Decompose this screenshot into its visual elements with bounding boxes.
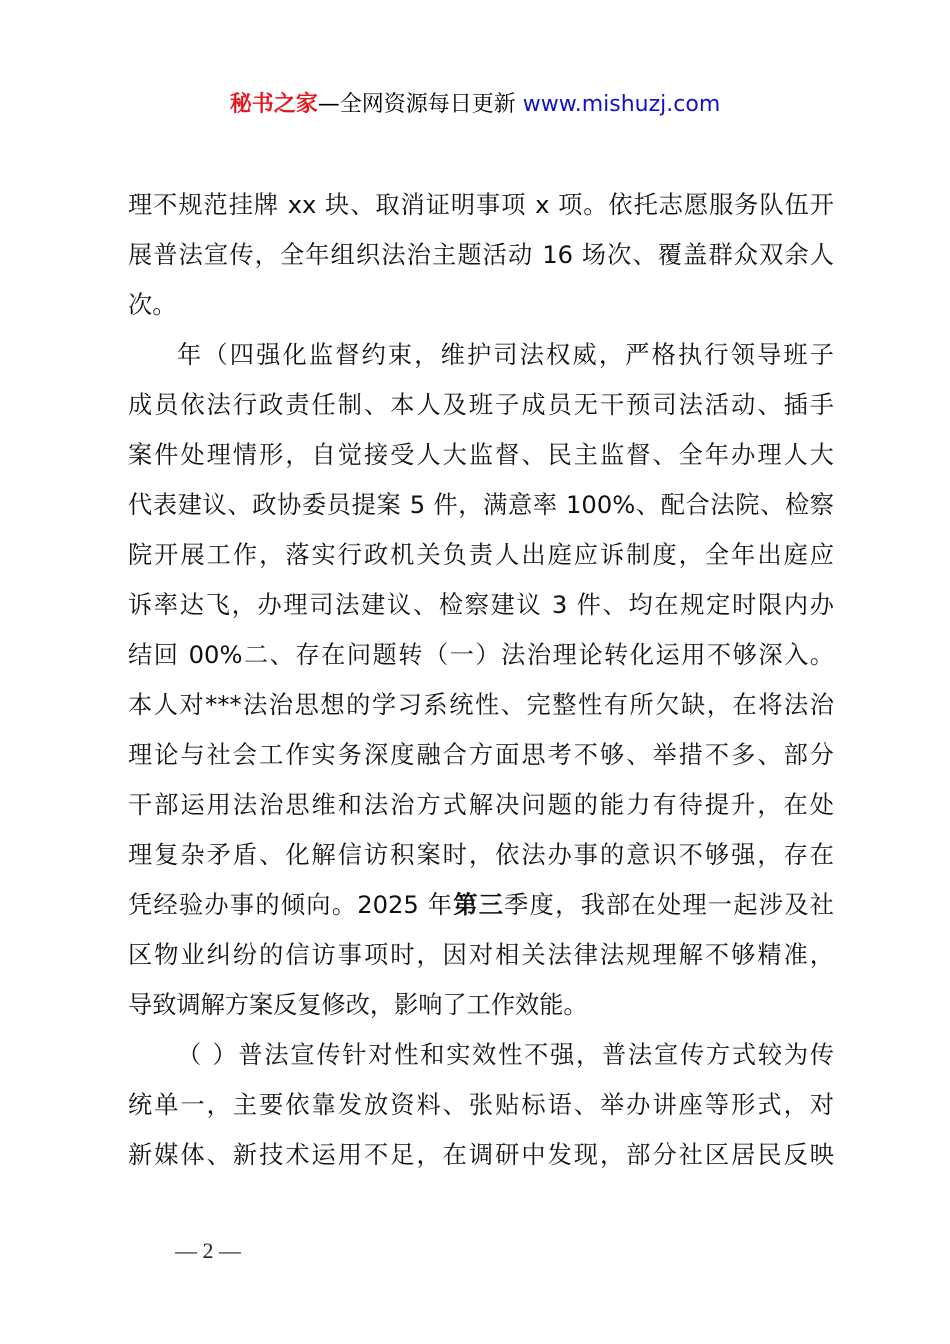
document-body: 理不规范挂牌 xx 块、取消证明事项 x 项。依托志愿服务队伍开 展普法宣传，全…: [128, 180, 834, 1180]
paragraph: 年（四强化监督约束，维护司法权威，严格执行领导班子 成员依法行政责任制、本人及班…: [128, 330, 834, 1030]
text-line: 本人对***法治思想的学习系统性、完整性有所欠缺，在将法治: [128, 680, 834, 730]
text-line: 理不规范挂牌 xx 块、取消证明事项 x 项。依托志愿服务队伍开: [128, 180, 834, 230]
paragraph: 理不规范挂牌 xx 块、取消证明事项 x 项。依托志愿服务队伍开 展普法宣传，全…: [128, 180, 834, 330]
text-line: 成员依法行政责任制、本人及班子成员无干预司法活动、插手: [128, 380, 834, 430]
text-line: 结回 00%二、存在问题转（一）法治理论转化运用不够深入。: [128, 630, 834, 680]
text-line: 院开展工作，落实行政机关负责人出庭应诉制度，全年出庭应: [128, 530, 834, 580]
text-segment: 季度，我部在处理一起涉及社: [504, 891, 834, 919]
text-line: 代表建议、政协委员提案 5 件，满意率 100%、配合法院、检察: [128, 480, 834, 530]
text-line: 理复杂矛盾、化解信访积案时，依法办事的意识不够强，存在: [128, 830, 834, 880]
text-line: 理论与社会工作实务深度融合方面思考不够、举措不多、部分: [128, 730, 834, 780]
text-line: 年（四强化监督约束，维护司法权威，严格执行领导班子: [128, 330, 834, 380]
page-number: — 2 —: [175, 1238, 241, 1264]
paragraph: （ ）普法宣传针对性和实效性不强，普法宣传方式较为传 统单一，主要依靠发放资料、…: [128, 1030, 834, 1180]
text-line: 导致调解方案反复修改，影响了工作效能。: [128, 980, 834, 1030]
text-line: 凭经验办事的倾向。2025 年第三季度，我部在处理一起涉及社: [128, 880, 834, 930]
text-segment: 凭经验办事的倾向。2025 年: [128, 891, 453, 919]
page-header: 秘书之家—全网资源每日更新 www.mishuzj.com: [0, 88, 950, 122]
text-line: （ ）普法宣传针对性和实效性不强，普法宣传方式较为传: [128, 1030, 834, 1080]
bold-text: 第三: [453, 891, 504, 919]
text-line: 案件处理情形，自觉接受人大监督、民主监督、全年办理人大: [128, 430, 834, 480]
site-url-link[interactable]: www.mishuzj.com: [523, 92, 720, 117]
text-line: 统单一，主要依靠发放资料、张贴标语、举办讲座等形式，对: [128, 1080, 834, 1130]
text-line: 次。: [128, 280, 834, 330]
text-line: 诉率达飞，办理司法建议、检察建议 3 件、均在规定时限内办: [128, 580, 834, 630]
header-slogan: —全网资源每日更新: [318, 92, 523, 117]
text-line: 干部运用法治思维和法治方式解决问题的能力有待提升，在处: [128, 780, 834, 830]
text-line: 展普法宣传，全年组织法治主题活动 16 场次、覆盖群众双余人: [128, 230, 834, 280]
brand-name: 秘书之家: [230, 92, 318, 117]
text-line: 区物业纠纷的信访事项时，因对相关法律法规理解不够精准，: [128, 930, 834, 980]
text-line: 新媒体、新技术运用不足，在调研中发现，部分社区居民反映: [128, 1130, 834, 1180]
document-page: 秘书之家—全网资源每日更新 www.mishuzj.com 理不规范挂牌 xx …: [0, 0, 950, 1344]
